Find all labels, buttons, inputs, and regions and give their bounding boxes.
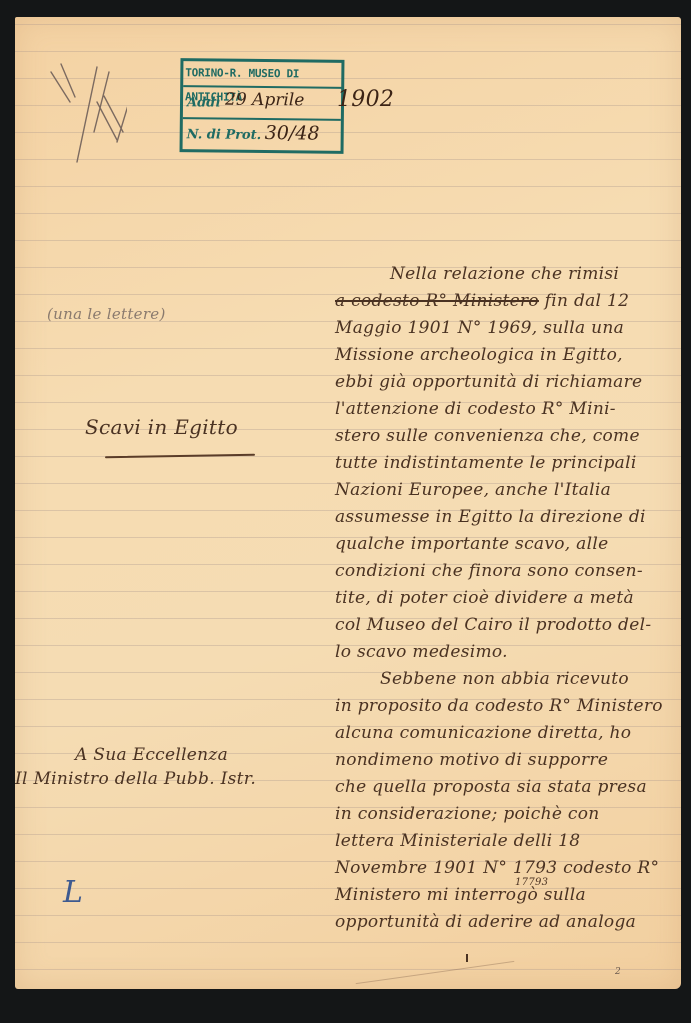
- corner-pencil-marks-icon: [37, 32, 127, 172]
- body-line: assumesse in Egitto la direzione di: [335, 507, 646, 527]
- blue-pencil-mark: L: [63, 875, 83, 910]
- body-line: lettera Ministeriale delli 18: [335, 831, 580, 851]
- body-line: lo scavo medesimo.: [335, 642, 508, 662]
- stamp-protocol-row: N. di Prot. 30/48: [183, 119, 341, 149]
- stamp-title: TORINO-R. MUSEO DI ANTICHITÀ: [183, 61, 343, 89]
- struck-text: a codesto R° Ministero: [335, 291, 539, 311]
- body-line: in proposito da codesto R° Ministero: [335, 696, 663, 716]
- body-line: ebbi già opportunità di richiamare: [335, 372, 642, 392]
- stamp-date-label: Addì: [187, 95, 220, 110]
- stamp-date-row: Addì 29 Aprile: [183, 87, 341, 121]
- subject-heading: Scavi in Egitto: [85, 415, 238, 439]
- body-line: tutte indistintamente le principali: [335, 453, 637, 473]
- body-line: Nella relazione che rimisi: [390, 264, 619, 284]
- body-line: alcuna comunicazione diretta, ho: [335, 723, 631, 743]
- body-line: Nazioni Europee, anche l'Italia: [335, 480, 611, 500]
- page-number: 2: [615, 967, 621, 977]
- body-line: a codesto R° Ministero fin dal 12: [335, 291, 629, 311]
- body-line: Maggio 1901 N° 1969, sulla una: [335, 318, 624, 338]
- body-line: Ministero mi interrogò sulla: [335, 885, 586, 905]
- pen-tick-mark: [466, 954, 468, 962]
- addressee-line-2: Il Ministro della Pubb. Istr.: [15, 769, 256, 789]
- addressee-line-1: A Sua Eccellenza: [75, 745, 228, 765]
- stamp-year: 1902: [337, 87, 394, 112]
- body-line: opportunità di aderire ad analoga: [335, 912, 636, 932]
- stamp-date-value: 29 Aprile: [225, 90, 304, 111]
- body-line: che quella proposta sia stata presa: [335, 777, 647, 797]
- body-line: Missione archeologica in Egitto,: [335, 345, 623, 365]
- stamp-protocol-label: N. di Prot.: [187, 127, 262, 143]
- body-line: Novembre 1901 N° 1793 codesto R°: [335, 858, 659, 878]
- body-line: Sebbene non abbia ricevuto: [380, 669, 629, 689]
- body-line: tite, di poter cioè dividere a metà: [335, 588, 634, 608]
- body-line-tail: fin dal 12: [539, 291, 629, 311]
- body-line: in considerazione; poichè con: [335, 804, 600, 824]
- margin-pencil-note: (una le lettere): [47, 305, 166, 323]
- stamp-protocol-value: 30/48: [265, 122, 320, 145]
- letter-page: VI / IV TORINO-R. MUSEO DI ANTICHITÀ Add…: [15, 17, 681, 989]
- body-line: col Museo del Cairo il prodotto del-: [335, 615, 651, 635]
- body-line: l'attenzione di codesto R° Mini-: [335, 399, 616, 419]
- museum-stamp: TORINO-R. MUSEO DI ANTICHITÀ Addì 29 Apr…: [180, 58, 345, 154]
- body-line: stero sulle convenienza che, come: [335, 426, 640, 446]
- body-line: condizioni che finora sono consen-: [335, 561, 643, 581]
- body-line: nondimeno motivo di supporre: [335, 750, 608, 770]
- body-line: qualche importante scavo, alle: [335, 534, 608, 554]
